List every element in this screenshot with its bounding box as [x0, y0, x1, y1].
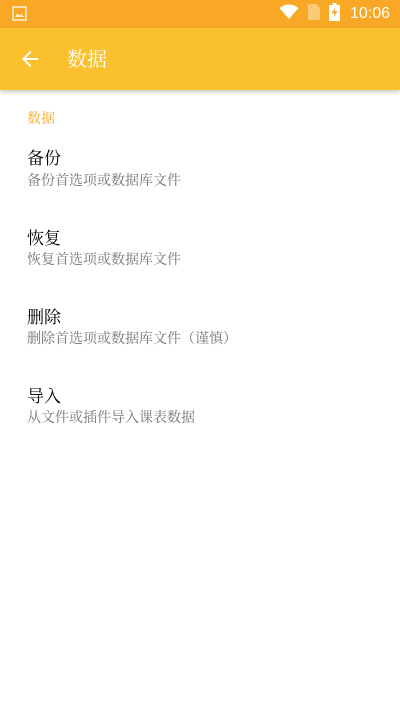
category-header: 数据 — [27, 109, 55, 129]
pref-summary: 从文件或插件导入课表数据 — [27, 408, 195, 428]
pref-summary: 删除首选项或数据库文件（谨慎） — [27, 329, 237, 349]
pref-summary: 备份首选项或数据库文件 — [27, 171, 181, 191]
pref-item-restore[interactable]: 恢复 恢复首选项或数据库文件 — [0, 222, 400, 302]
status-time: 10:06 — [350, 5, 390, 23]
pref-title: 备份 — [27, 148, 61, 170]
pref-item-delete[interactable]: 删除 删除首选项或数据库文件（谨慎） — [0, 301, 400, 381]
pref-title: 导入 — [27, 386, 61, 408]
status-bar: 10:06 — [0, 0, 400, 28]
pref-item-import[interactable]: 导入 从文件或插件导入课表数据 — [0, 381, 400, 461]
toolbar: 数据 — [0, 28, 400, 90]
battery-charging-icon — [329, 3, 340, 25]
back-button[interactable] — [18, 47, 42, 71]
pref-summary: 恢复首选项或数据库文件 — [27, 250, 181, 270]
arrow-back-icon — [18, 47, 42, 71]
no-sim-icon — [307, 3, 321, 25]
page-title: 数据 — [67, 45, 107, 73]
pref-item-backup[interactable]: 备份 备份首选项或数据库文件 — [0, 142, 400, 222]
wifi-icon — [279, 4, 299, 24]
pref-title: 恢复 — [27, 228, 61, 250]
pref-title: 删除 — [27, 307, 61, 329]
image-notification-icon — [12, 6, 27, 21]
